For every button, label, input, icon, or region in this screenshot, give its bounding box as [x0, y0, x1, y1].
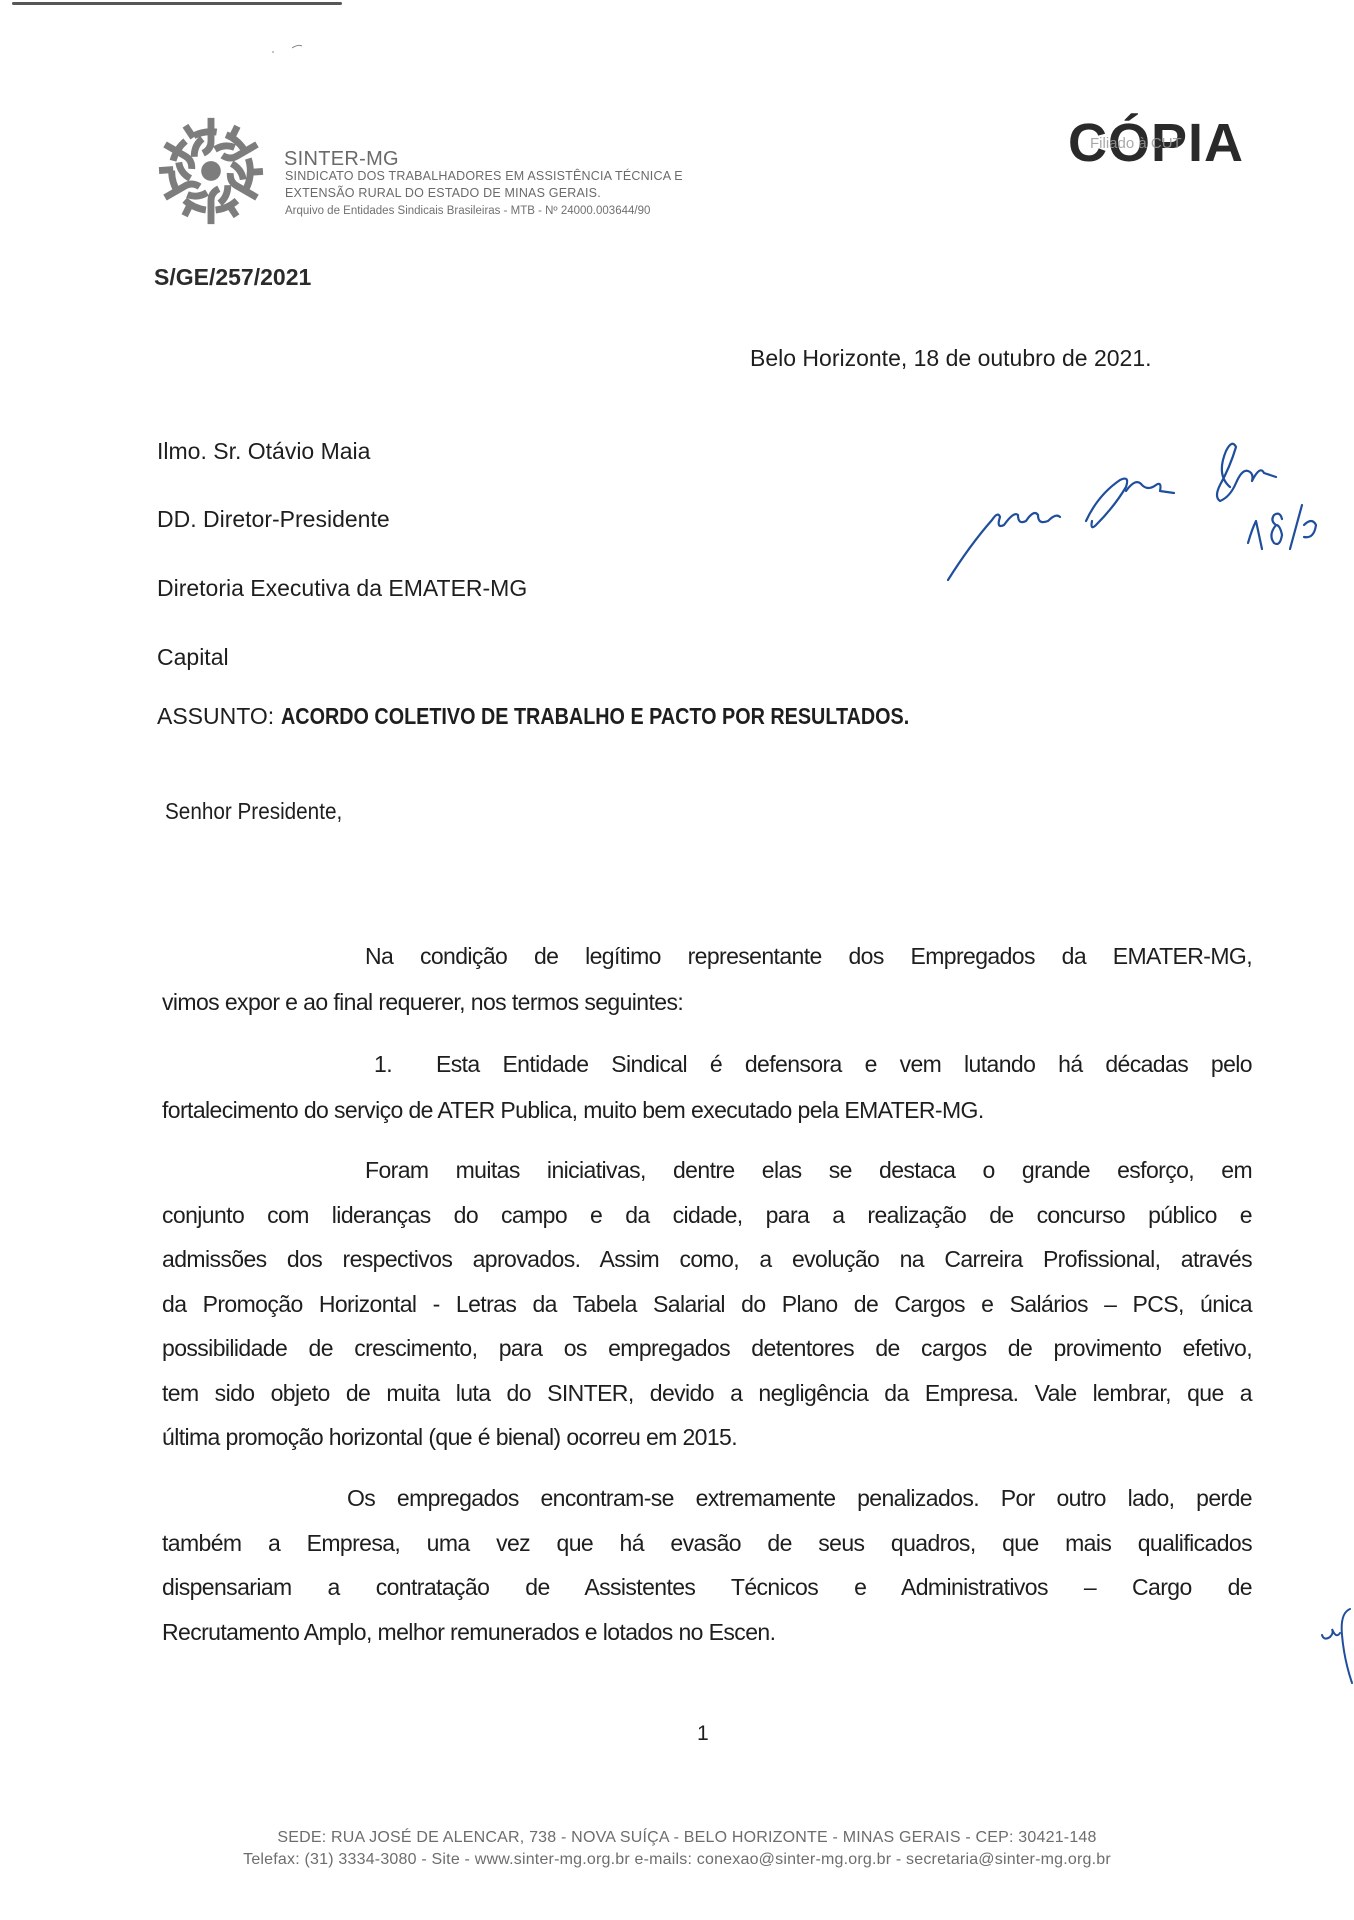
paragraph-line: Foram muitas iniciativas, dentre elas se…: [162, 1148, 1252, 1193]
reference-number: S/GE/257/2021: [154, 264, 311, 291]
footer-contacts: Telefax: (31) 3334-3080 - Site - www.sin…: [0, 1851, 1354, 1869]
cut-affiliation-overlay: Filiado à CUT: [1090, 135, 1182, 152]
paragraph-line: dispensariam a contratação de Assistente…: [162, 1565, 1252, 1610]
addressee-city: Capital: [157, 644, 229, 671]
paragraph-line: Esta Entidade Sindical é defensora e vem…: [436, 1042, 1252, 1088]
salutation: Senhor Presidente,: [165, 798, 342, 825]
paragraph-line: Na condição de legítimo representante do…: [162, 934, 1252, 980]
margin-initials-mark: [1320, 1605, 1354, 1685]
paragraph-item-1: 1. Esta Entidade Sindical é defensora e …: [162, 1042, 1252, 1133]
paragraph-line: tem sido objeto de muita luta do SINTER,…: [162, 1371, 1252, 1416]
page-number: 1: [697, 1722, 709, 1746]
handwritten-signature: [930, 425, 1320, 595]
org-full-name-line2: EXTENSÃO RURAL DO ESTADO DE MINAS GERAIS…: [285, 186, 601, 200]
paragraph-intro: Na condição de legítimo representante do…: [162, 934, 1252, 1025]
paragraph-initiatives: Foram muitas iniciativas, dentre elas se…: [162, 1148, 1252, 1460]
addressee-org: Diretoria Executiva da EMATER-MG: [157, 575, 527, 602]
scan-edge-line: [12, 2, 342, 5]
paragraph-line: Recrutamento Amplo, melhor remunerados e…: [162, 1610, 1252, 1655]
date-line: Belo Horizonte, 18 de outubro de 2021.: [750, 345, 1152, 372]
subject-line: ASSUNTO: ACORDO COLETIVO DE TRABALHO E P…: [157, 703, 1011, 730]
numbered-line: 1. Esta Entidade Sindical é defensora e …: [162, 1042, 1252, 1088]
paragraph-line: conjunto com lideranças do campo e da ci…: [162, 1193, 1252, 1238]
footer-address: SEDE: RUA JOSÉ DE ALENCAR, 738 - NOVA SU…: [0, 1829, 1354, 1847]
org-name: SINTER-MG: [284, 148, 399, 171]
paragraph-penalized: Os empregados encontram-se extremamente …: [162, 1476, 1252, 1654]
org-registry: Arquivo de Entidades Sindicais Brasileir…: [285, 205, 650, 217]
paragraph-line: fortalecimento do serviço de ATER Public…: [162, 1088, 1252, 1134]
paragraph-line: admissões dos respectivos aprovados. Ass…: [162, 1237, 1252, 1282]
subject-text: ACORDO COLETIVO DE TRABALHO E PACTO POR …: [281, 703, 909, 730]
item-number: 1.: [374, 1042, 436, 1088]
addressee-name: Ilmo. Sr. Otávio Maia: [157, 438, 370, 465]
paragraph-line: possibilidade de crescimento, para os em…: [162, 1326, 1252, 1371]
scan-speck: [270, 40, 310, 60]
sinter-logo-icon: [152, 112, 270, 230]
paragraph-line: também a Empresa, uma vez que há evasão …: [162, 1521, 1252, 1566]
paragraph-line: da Promoção Horizontal - Letras da Tabel…: [162, 1282, 1252, 1327]
paragraph-line: última promoção horizontal (que é bienal…: [162, 1415, 1252, 1460]
paragraph-line: Os empregados encontram-se extremamente …: [162, 1476, 1252, 1521]
addressee-title: DD. Diretor-Presidente: [157, 506, 390, 533]
subject-label: ASSUNTO:: [157, 703, 274, 729]
paragraph-line: vimos expor e ao final requerer, nos ter…: [162, 980, 1252, 1026]
org-full-name-line1: SINDICATO DOS TRABALHADORES EM ASSISTÊNC…: [285, 169, 683, 183]
